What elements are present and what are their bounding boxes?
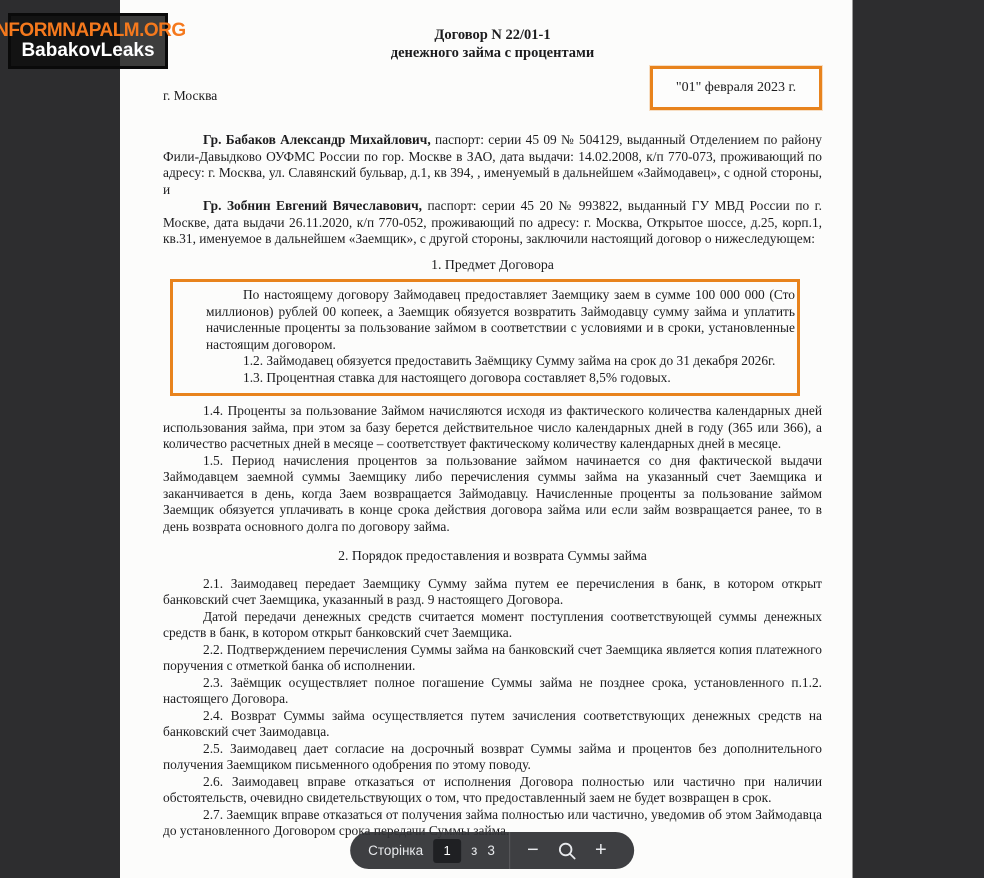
document-title-line2: денежного займа с процентами <box>163 44 822 62</box>
date-highlight-box: "01" февраля 2023 г. <box>650 66 822 110</box>
page-number-input[interactable] <box>433 839 461 863</box>
loan-sum-highlight-box: По настоящему договору Займодавец предос… <box>170 279 800 396</box>
zoom-button[interactable] <box>550 834 584 868</box>
document-body: Гр. Бабаков Александр Михайлович, паспор… <box>163 132 822 840</box>
section-1-heading: 1. Предмет Договора <box>163 257 822 274</box>
document-page: Договор N 22/01-1 денежного займа с проц… <box>120 0 853 878</box>
viewer-canvas: { "colors": { "highlight": "#e8831d", "l… <box>0 0 984 878</box>
clause-1-4: 1.4. Проценты за пользование Займом начи… <box>163 403 822 453</box>
clause-2-2: 2.2. Подтверждением перечисления Суммы з… <box>163 642 822 675</box>
contract-date: "01" февраля 2023 г. <box>676 80 796 96</box>
viewer-toolbar: Сторінка з 3 − + <box>350 832 634 869</box>
clause-1-2: 1.2. Займодавец обязуется предоставить З… <box>206 353 795 370</box>
clause-2-1b: Датой передачи денежных средств считаетс… <box>163 609 822 642</box>
clause-1-1: По настоящему договору Займодавец предос… <box>206 287 795 353</box>
page-label: Сторінка <box>368 843 423 858</box>
clause-1-3: 1.3. Процентная ставка для настоящего до… <box>206 370 795 387</box>
page-total-label: 3 <box>487 843 495 858</box>
city-date-row: г. Москва "01" февраля 2023 г. <box>163 74 822 118</box>
clause-1-5: 1.5. Период начисления процентов за поль… <box>163 453 822 536</box>
clause-2-6: 2.6. Заимодавец вправе отказаться от исп… <box>163 774 822 807</box>
zoom-out-button[interactable]: − <box>516 834 550 868</box>
document-title-line1: Договор N 22/01-1 <box>163 26 822 44</box>
toolbar-divider <box>509 832 510 869</box>
page-of-label: з <box>471 843 477 858</box>
watermark-leaks-label: BabakovLeaks <box>21 41 154 61</box>
lender-name: Гр. Бабаков Александр Михайлович, <box>203 132 431 147</box>
clause-2-3: 2.3. Заёмщик осуществляет полное погашен… <box>163 675 822 708</box>
clause-2-1: 2.1. Заимодавец передает Заемщику Сумму … <box>163 576 822 609</box>
party-lender-paragraph: Гр. Бабаков Александр Михайлович, паспор… <box>163 132 822 198</box>
borrower-name: Гр. Зобнин Евгений Вячеславович, <box>203 198 422 213</box>
clause-2-4: 2.4. Возврат Суммы займа осуществляется … <box>163 708 822 741</box>
watermark-site-label: INFORMNAPALM.ORG <box>0 21 186 41</box>
clause-2-5: 2.5. Заимодавец дает согласие на досрочн… <box>163 741 822 774</box>
section-2-heading: 2. Порядок предоставления и возврата Сум… <box>163 548 822 565</box>
zoom-in-button[interactable]: + <box>584 834 618 868</box>
informnapalm-watermark: INFORMNAPALM.ORG BabakovLeaks <box>8 13 168 69</box>
magnifier-icon <box>557 841 577 861</box>
party-borrower-paragraph: Гр. Зобнин Евгений Вячеславович, паспорт… <box>163 198 822 248</box>
